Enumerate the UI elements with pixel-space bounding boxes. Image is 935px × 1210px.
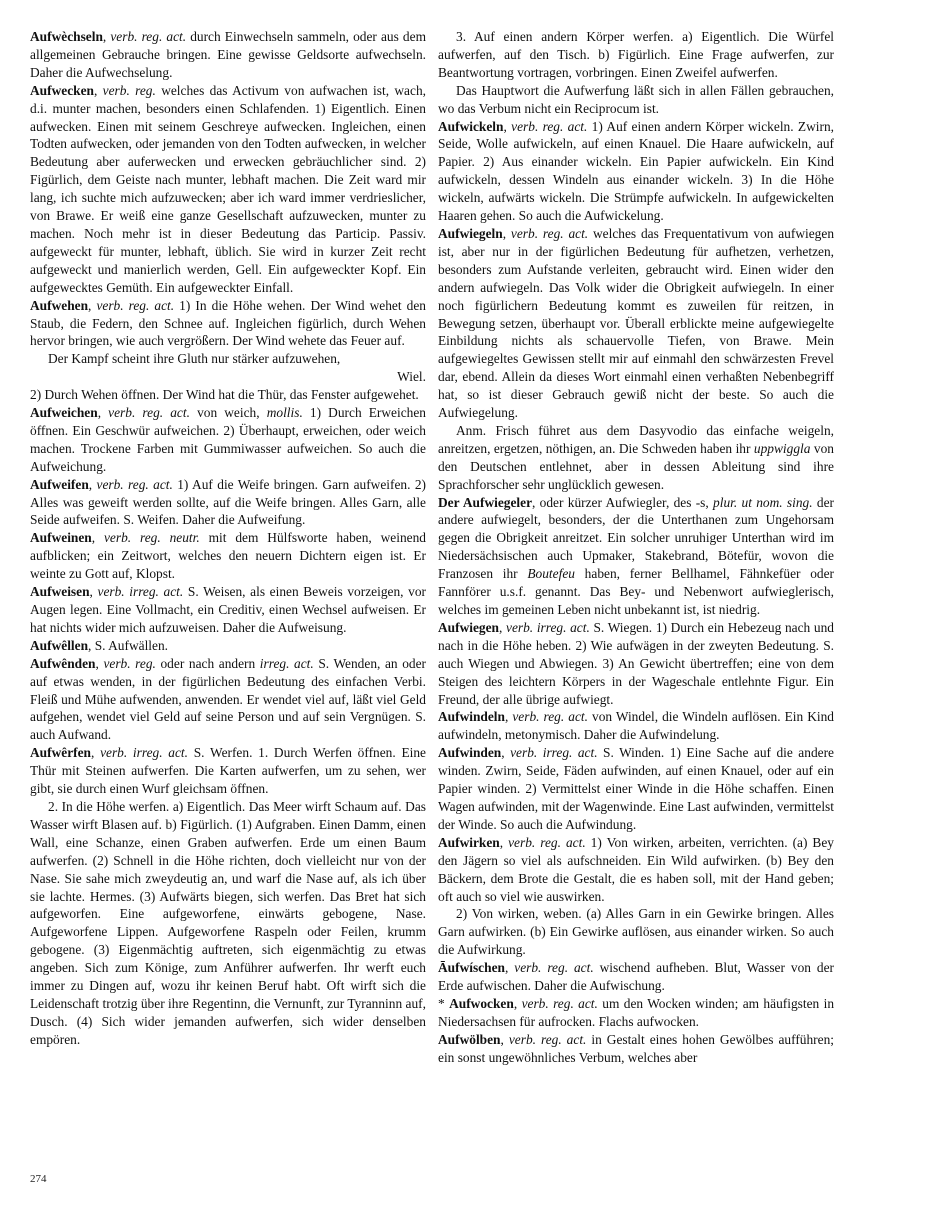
dictionary-entry: Aufwèchseln, verb. reg. act. durch Einwe… (30, 28, 426, 82)
entry-definition: welches das Frequentativum von aufwiegen… (438, 226, 834, 420)
entry-grammar: verb. irreg. act. (100, 745, 188, 760)
entry-definition: 1) Auf die Weife bringen. Garn aufweifen… (30, 477, 426, 528)
entry-grammar: verb. reg. (103, 656, 155, 671)
entry-headword: Aufwêrfen (30, 745, 91, 760)
entry-headword: Aufweichen (30, 405, 98, 420)
dictionary-entry: Aufweinen, verb. reg. neutr. mit dem Hül… (30, 529, 426, 583)
sub-paragraph: Das Hauptwort die Aufwerfung läßt sich i… (438, 82, 834, 118)
entry-headword: Aufweinen (30, 530, 92, 545)
entry-grammar: verb. reg. act. (508, 835, 586, 850)
entry-definition: 1) Auf einen andern Körper wickeln. Zwir… (438, 119, 834, 224)
entry-headword: Aufwecken (30, 83, 94, 98)
entry-definition: S. Weisen, als einen Beweis vorzeigen, v… (30, 584, 426, 635)
dictionary-entry: Aufwölben, verb. reg. act. in Gestalt ei… (438, 1031, 834, 1067)
verse-quote: Der Kampf scheint ihre Gluth nur stärker… (30, 350, 426, 368)
note-paragraph: Anm. Frisch führet aus dem Dasyvodio das… (438, 422, 834, 494)
dictionary-entry: Aufwirken, verb. reg. act. 1) Von wirken… (438, 834, 834, 906)
dictionary-entry: * Aufwocken, verb. reg. act. um den Wock… (438, 995, 834, 1031)
dictionary-entry: Aufwiegen, verb. irreg. act. S. Wiegen. … (438, 619, 834, 709)
entry-grammar: verb. reg. act. (509, 1032, 587, 1047)
entry-italic: Boutefeu (527, 566, 575, 581)
entry-headword: Āufwíschen (438, 960, 505, 975)
left-column: Aufwèchseln, verb. reg. act. durch Einwe… (30, 28, 426, 1049)
entry-grammar: verb. reg. neutr. (104, 530, 200, 545)
sub-paragraph: 2. In die Höhe werfen. a) Eigentlich. Da… (30, 798, 426, 1049)
dictionary-entry: Der Aufwiegeler, oder kürzer Aufwiegler,… (438, 494, 834, 619)
entry-headword: Aufweifen (30, 477, 89, 492)
entry-grammar: verb. reg. act. (514, 960, 593, 975)
entry-headword: Aufwölben (438, 1032, 501, 1047)
entry-headword: Aufwèchseln (30, 29, 103, 44)
right-column: 3. Auf einen andern Körper werfen. a) Ei… (438, 28, 834, 1067)
entry-grammar: verb. reg. act. (96, 298, 174, 313)
entry-grammar: verb. irreg. act. (506, 620, 590, 635)
entry-headword: Aufwocken (449, 996, 514, 1011)
entry-grammar: verb. irreg. act. (98, 584, 184, 599)
dictionary-entry: Aufwecken, verb. reg. welches das Activu… (30, 82, 426, 297)
sub-paragraph: 3. Auf einen andern Körper werfen. a) Ei… (438, 28, 834, 82)
note-italic: uppwiggla (754, 441, 811, 456)
entry-definition: 1) In die Höhe wehen. Der Wind wehet den… (30, 298, 426, 349)
entry-definition: welches das Activum von aufwachen ist, w… (30, 83, 426, 295)
dictionary-entry: Aufwêllen, S. Aufwällen. (30, 637, 426, 655)
dictionary-entry: Aufweifen, verb. reg. act. 1) Auf die We… (30, 476, 426, 530)
entry-italic: mollis. (267, 405, 303, 420)
entry-italic: plur. ut nom. sing. (713, 495, 813, 510)
dictionary-entry: Aufwickeln, verb. reg. act. 1) Auf einen… (438, 118, 834, 225)
entry-grammar: verb. reg. act. (512, 709, 588, 724)
entry-grammar: verb. irreg. act. (510, 745, 597, 760)
dictionary-entry: Aufweisen, verb. irreg. act. S. Weisen, … (30, 583, 426, 637)
entry-headword: Aufwickeln (438, 119, 503, 134)
entry-headword: Aufwinden (438, 745, 501, 760)
entry-headword: Aufwindeln (438, 709, 505, 724)
quote-attribution: Wiel. (30, 368, 426, 386)
plain-paragraph: 2) Durch Wehen öffnen. Der Wind hat die … (30, 386, 426, 404)
entry-definition: von weich, (190, 405, 267, 420)
sub-paragraph: 2) Von wirken, weben. (a) Alles Garn in … (438, 905, 834, 959)
dictionary-entry: Aufweichen, verb. reg. act. von weich, m… (30, 404, 426, 476)
entry-grammar: verb. reg. act. (511, 119, 587, 134)
entry-headword: Aufwênden (30, 656, 95, 671)
dictionary-entry: Aufwêrfen, verb. irreg. act. S. Werfen. … (30, 744, 426, 798)
entry-grammar: verb. reg. act. (110, 29, 186, 44)
entry-headword: Aufwiegeln (438, 226, 503, 241)
entry-definition: S. Aufwällen. (91, 638, 168, 653)
entry-headword: Aufweisen (30, 584, 90, 599)
dictionary-entry: Aufwehen, verb. reg. act. 1) In die Höhe… (30, 297, 426, 351)
entry-headword: Aufwêllen (30, 638, 88, 653)
entry-grammar: verb. reg. act. (522, 996, 598, 1011)
entry-grammar: verb. reg. act. (97, 477, 173, 492)
entry-grammar: verb. reg. act. (108, 405, 190, 420)
entry-grammar: verb. reg. (103, 83, 156, 98)
entry-headword: Aufwiegen (438, 620, 499, 635)
entry-definition: oder nach andern (156, 656, 260, 671)
entry-headword: Aufwehen (30, 298, 88, 313)
dictionary-entry: Āufwíschen, verb. reg. act. wischend auf… (438, 959, 834, 995)
entry-headword: Aufwirken (438, 835, 500, 850)
dictionary-entry: Aufwinden, verb. irreg. act. S. Winden. … (438, 744, 834, 834)
page-number: 274 (30, 1173, 47, 1185)
dictionary-entry: Aufwênden, verb. reg. oder nach andern i… (30, 655, 426, 745)
entry-italic: irreg. act. (260, 656, 314, 671)
dictionary-entry: Aufwindeln, verb. reg. act. von Windel, … (438, 708, 834, 744)
entry-definition: , oder kürzer Aufwiegler, des -s, (532, 495, 713, 510)
dictionary-entry: Aufwiegeln, verb. reg. act. welches das … (438, 225, 834, 422)
entry-marker: * (438, 996, 449, 1011)
entry-headword: Der Aufwiegeler (438, 495, 532, 510)
entry-grammar: verb. reg. act. (511, 226, 588, 241)
